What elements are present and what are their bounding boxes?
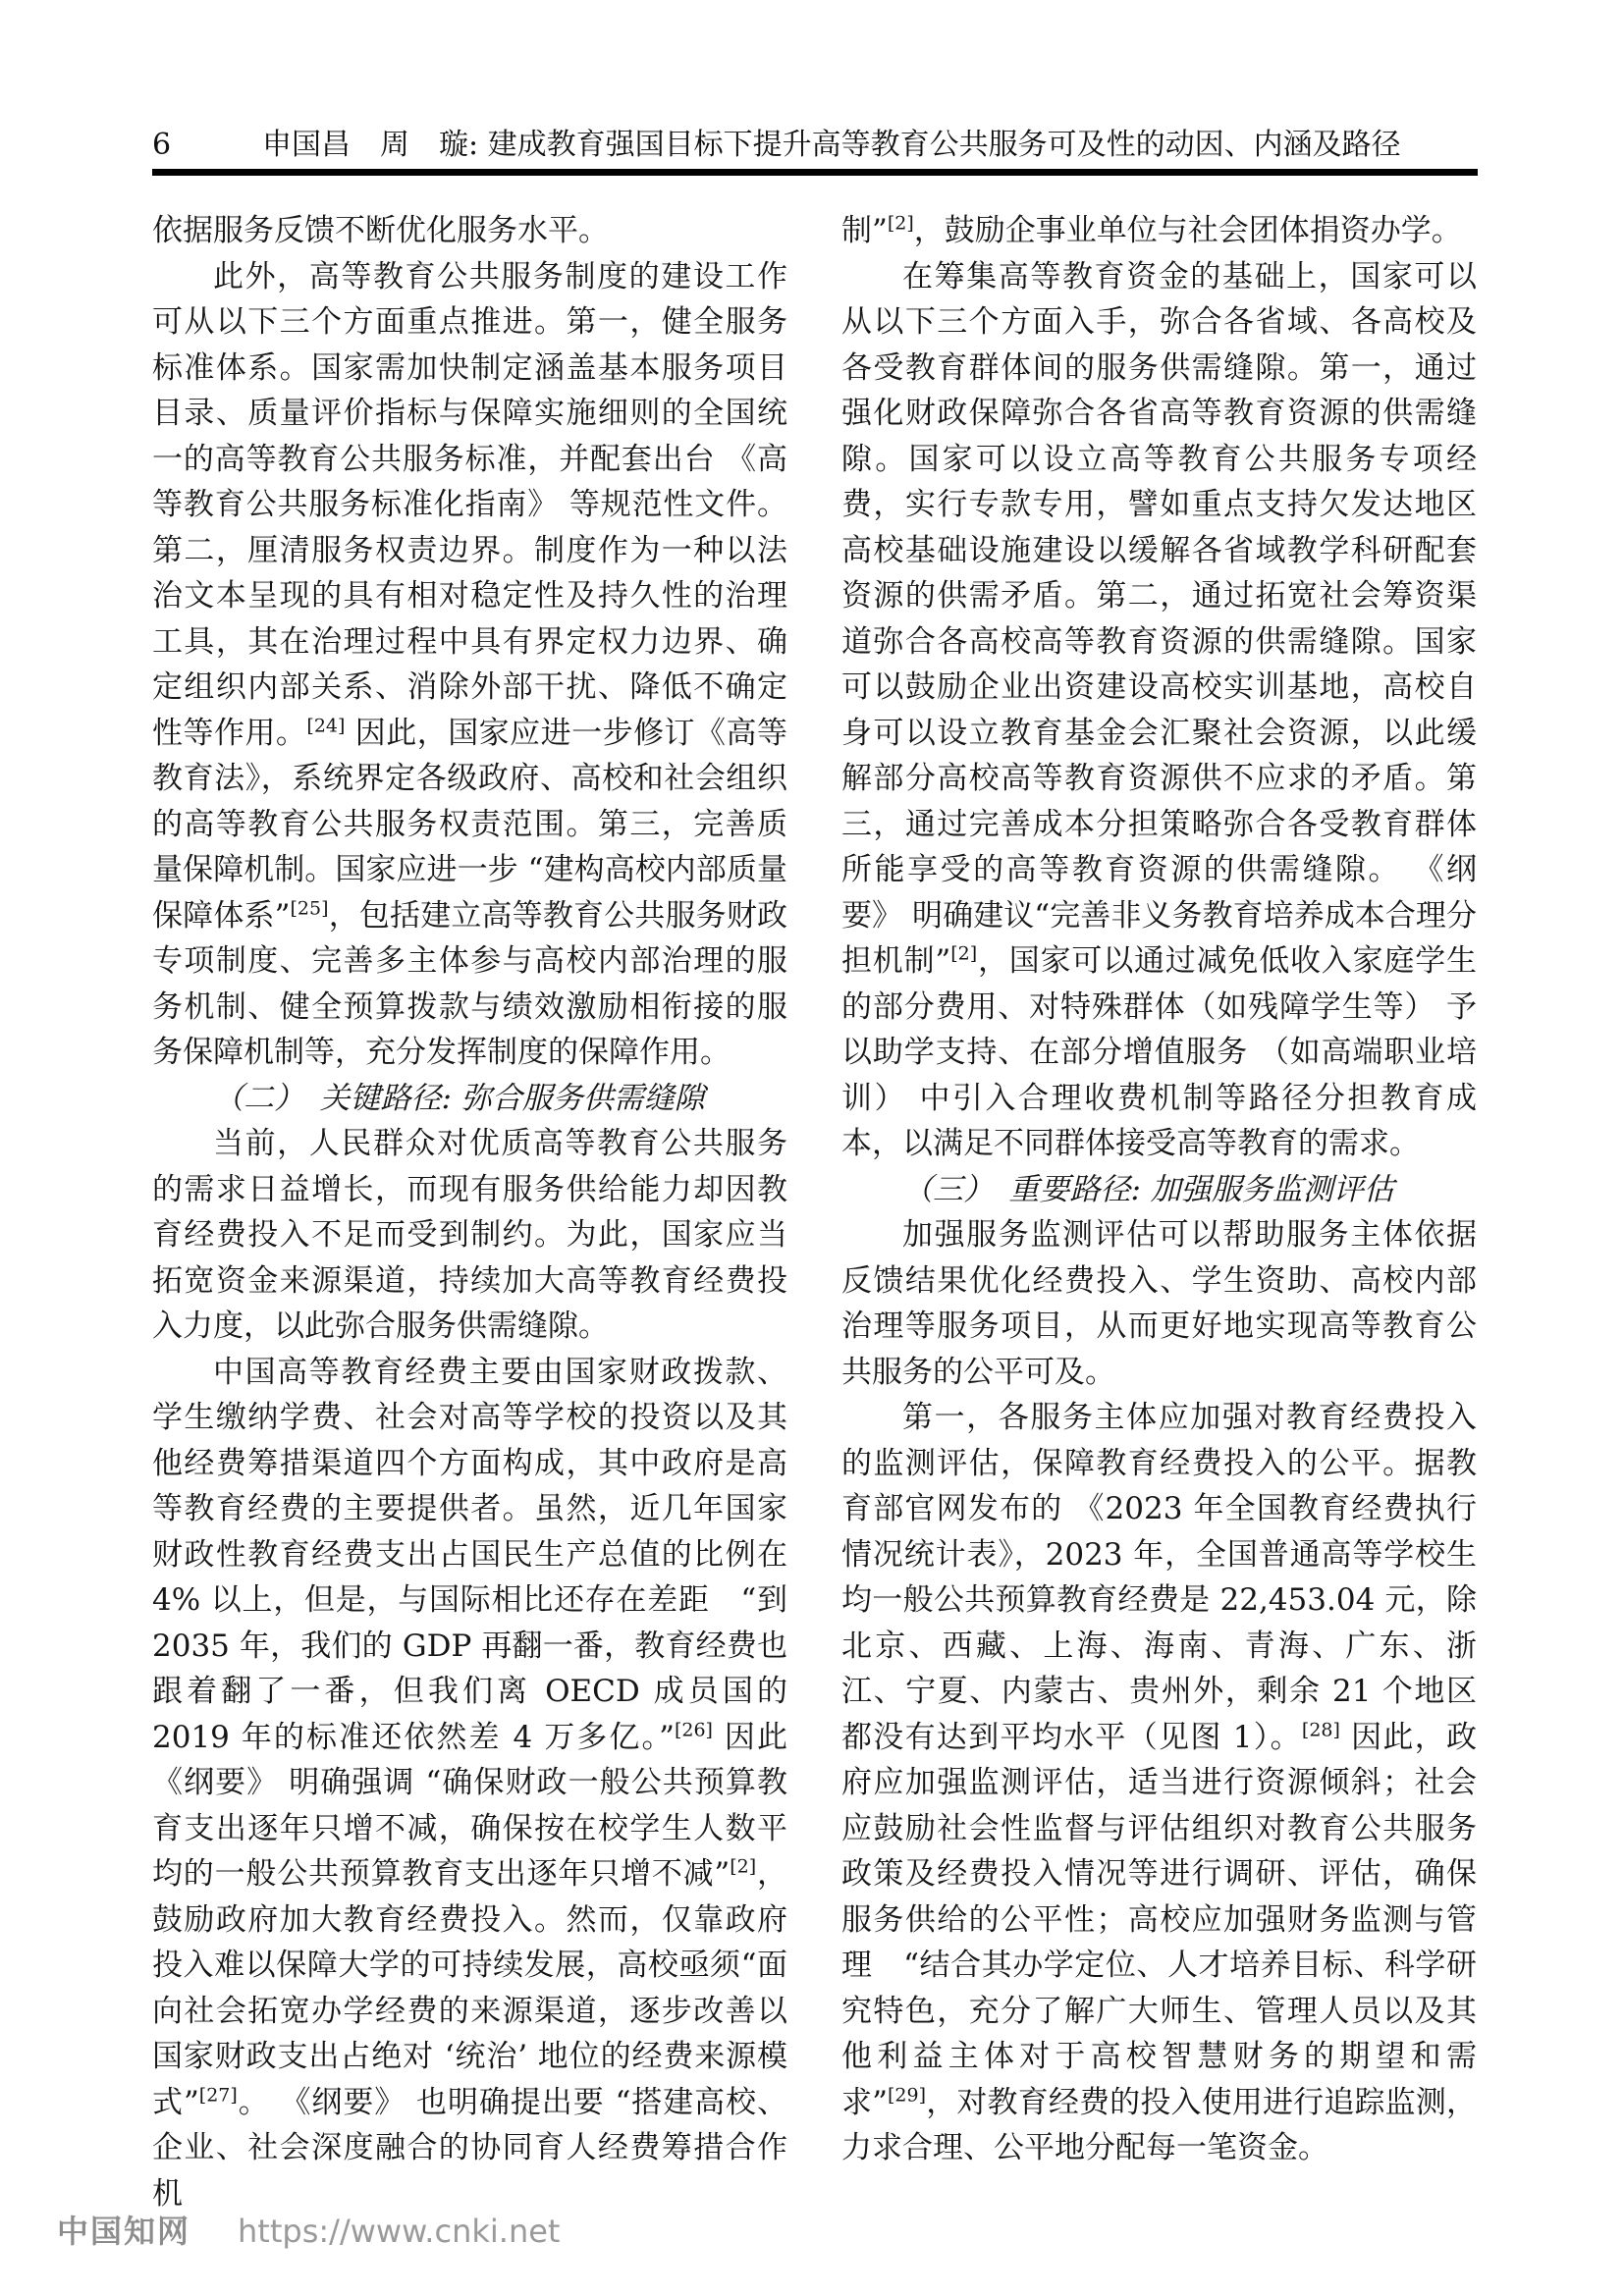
paragraph: 加强服务监测评估可以帮助服务主体依据反馈结果优化经费投入、学生资助、高校内部治理… bbox=[841, 1212, 1477, 1395]
citation-ref: [27] bbox=[199, 2084, 238, 2106]
journal-page: 6 申国昌 周 璇: 建成教育强国目标下提升高等教育公共服务可及性的动因、内涵及… bbox=[0, 0, 1624, 2296]
text-run: 依据服务反馈不断优化服务水平。 bbox=[152, 213, 609, 248]
citation-ref: [28] bbox=[1302, 1719, 1340, 1740]
header-rule bbox=[152, 169, 1478, 176]
text-run: 制” bbox=[841, 213, 888, 248]
running-title: 申国昌 周 璇: 建成教育强国目标下提升高等教育公共服务可及性的动因、内涵及路径 bbox=[262, 128, 1478, 163]
paragraph: 在筹集高等教育资金的基础上，国家可以从以下三个方面入手，弥合各省域、各高校及各受… bbox=[841, 254, 1477, 1167]
section-heading: （三） 重要路径: 加强服务监测评估 bbox=[841, 1167, 1477, 1213]
paragraph: 第一，各服务主体应加强对教育经费投入的监测评估，保障教育经费投入的公平。据教育部… bbox=[841, 1395, 1477, 2171]
running-header: 6 申国昌 周 璇: 建成教育强国目标下提升高等教育公共服务可及性的动因、内涵及… bbox=[152, 128, 1478, 163]
text-run: 在筹集高等教育资金的基础上，国家可以从以下三个方面入手，弥合各省域、各高校及各受… bbox=[841, 259, 1477, 980]
citation-ref: [2] bbox=[888, 213, 914, 235]
cnki-logo-text: 中国知网 bbox=[57, 2207, 190, 2252]
text-run: ，对教育经费的投入使用进行追踪监测，力求合理、公平地分配每一笔资金。 bbox=[841, 2085, 1477, 2166]
page-number: 6 bbox=[152, 128, 262, 163]
section-heading: （二） 关键路径: 弥合服务供需缝隙 bbox=[152, 1076, 787, 1122]
citation-ref: [2] bbox=[730, 1856, 756, 1878]
citation-ref: [2] bbox=[950, 943, 977, 965]
text-run: 因此，政府应加强监测评估，适当进行资源倾斜；社会应鼓励社会性监督与评估组织对教育… bbox=[841, 1720, 1477, 2120]
right-column: 制”[2]，鼓励企事业单位与社会团体捐资办学。在筹集高等教育资金的基础上，国家可… bbox=[841, 208, 1477, 2171]
text-run: （三） 重要路径: 加强服务监测评估 bbox=[902, 1172, 1394, 1207]
left-column: 依据服务反馈不断优化服务水平。此外，高等教育公共服务制度的建设工作可从以下三个方… bbox=[152, 208, 787, 2216]
page-footer: 中国知网 https://www.cnki.net bbox=[57, 2207, 560, 2252]
text-run: ，鼓励政府加大教育经费投入。然而，仅靠政府投入难以保障大学的可持续发展，高校亟须… bbox=[152, 1856, 787, 2120]
paragraph: 当前，人民群众对优质高等教育公共服务的需求日益增长，而现有服务供给能力却因教育经… bbox=[152, 1121, 787, 1350]
text-run: （二） 关键路径: 弥合服务供需缝隙 bbox=[213, 1081, 705, 1116]
citation-ref: [29] bbox=[888, 2084, 926, 2106]
citation-ref: [26] bbox=[675, 1719, 713, 1740]
text-run: 中国高等教育经费主要由国家财政拨款、学生缴纳学费、社会对高等学校的投资以及其他经… bbox=[152, 1355, 787, 1755]
paragraph: 中国高等教育经费主要由国家财政拨款、学生缴纳学费、社会对高等学校的投资以及其他经… bbox=[152, 1350, 787, 2217]
text-run: 此外，高等教育公共服务制度的建设工作可从以下三个方面重点推进。第一，健全服务标准… bbox=[152, 259, 787, 751]
text-run: 当前，人民群众对优质高等教育公共服务的需求日益增长，而现有服务供给能力却因教育经… bbox=[152, 1126, 787, 1344]
text-run: 加强服务监测评估可以帮助服务主体依据反馈结果优化经费投入、学生资助、高校内部治理… bbox=[841, 1217, 1477, 1390]
text-run: 。 《纲要》 也明确提出要 “搭建高校、企业、社会深度融合的协同育人经费筹措合作… bbox=[152, 2085, 787, 2212]
text-run: 第一，各服务主体应加强对教育经费投入的监测评估，保障教育经费投入的公平。据教育部… bbox=[841, 1400, 1477, 1755]
text-run: ，鼓励企事业单位与社会团体捐资办学。 bbox=[914, 213, 1462, 248]
paragraph: 制”[2]，鼓励企事业单位与社会团体捐资办学。 bbox=[841, 208, 1477, 254]
citation-ref: [24] bbox=[306, 715, 345, 736]
paragraph: 依据服务反馈不断优化服务水平。 bbox=[152, 208, 787, 254]
cnki-url-link[interactable]: https://www.cnki.net bbox=[238, 2213, 560, 2250]
citation-ref: [25] bbox=[291, 897, 329, 919]
paragraph: 此外，高等教育公共服务制度的建设工作可从以下三个方面重点推进。第一，健全服务标准… bbox=[152, 254, 787, 1076]
